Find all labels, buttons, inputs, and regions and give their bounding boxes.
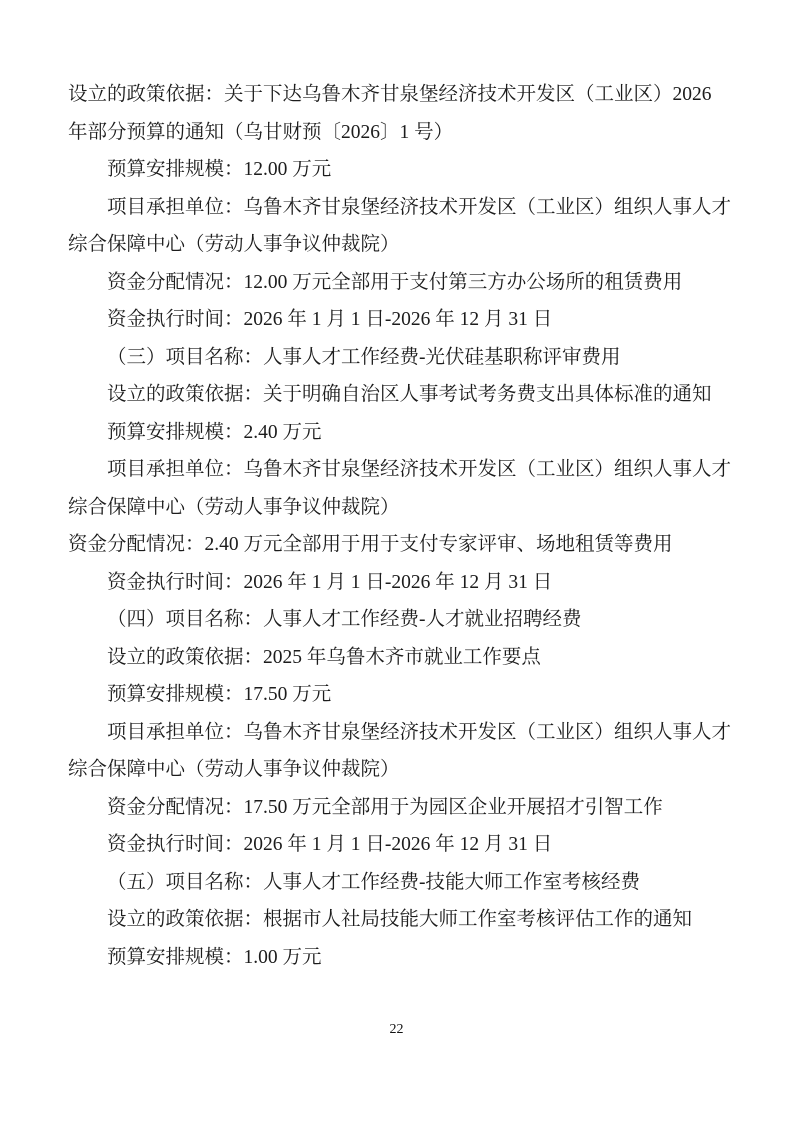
text-line: 预算安排规模：1.00 万元 [68,939,725,977]
page: 设立的政策依据：关于下达乌鲁木齐甘泉堡经济技术开发区（工业区）2026年部分预算… [0,0,793,1122]
text-line: 项目承担单位：乌鲁木齐甘泉堡经济技术开发区（工业区）组织人事人才 [68,714,725,752]
text-line: （五）项目名称：人事人才工作经费-技能大师工作室考核经费 [68,864,725,902]
text-line: 资金分配情况：17.50 万元全部用于为园区企业开展招才引智工作 [68,789,725,827]
text-line: 资金执行时间：2026 年 1 月 1 日-2026 年 12 月 31 日 [68,826,725,864]
text-line: 设立的政策依据：根据市人社局技能大师工作室考核评估工作的通知 [68,901,725,939]
text-line: 资金执行时间：2026 年 1 月 1 日-2026 年 12 月 31 日 [68,564,725,602]
text-line: 设立的政策依据：关于下达乌鲁木齐甘泉堡经济技术开发区（工业区）2026 [68,76,725,114]
text-line: 年部分预算的通知（乌甘财预〔2026〕1 号） [68,114,725,152]
text-line: 项目承担单位：乌鲁木齐甘泉堡经济技术开发区（工业区）组织人事人才 [68,451,725,489]
text-line: 预算安排规模：12.00 万元 [68,151,725,189]
text-line: 设立的政策依据：关于明确自治区人事考试考务费支出具体标准的通知 [68,376,725,414]
page-number: 22 [390,1022,404,1037]
text-line: 资金分配情况：2.40 万元全部用于用于支付专家评审、场地租赁等费用 [68,526,725,564]
page-footer: 22 [0,1020,793,1040]
text-line: 资金执行时间：2026 年 1 月 1 日-2026 年 12 月 31 日 [68,301,725,339]
text-line: 资金分配情况：12.00 万元全部用于支付第三方办公场所的租赁费用 [68,264,725,302]
text-line: 综合保障中心（劳动人事争议仲裁院） [68,751,725,789]
text-line: （三）项目名称：人事人才工作经费-光伏硅基职称评审费用 [68,339,725,377]
text-line: 预算安排规模：2.40 万元 [68,414,725,452]
document-page: { "page": { "number": "22" }, "colors": … [0,0,793,1122]
document-body: 设立的政策依据：关于下达乌鲁木齐甘泉堡经济技术开发区（工业区）2026年部分预算… [68,76,725,976]
text-line: （四）项目名称：人事人才工作经费-人才就业招聘经费 [68,601,725,639]
text-line: 综合保障中心（劳动人事争议仲裁院） [68,226,725,264]
text-line: 综合保障中心（劳动人事争议仲裁院） [68,489,725,527]
text-line: 预算安排规模：17.50 万元 [68,676,725,714]
text-line: 项目承担单位：乌鲁木齐甘泉堡经济技术开发区（工业区）组织人事人才 [68,189,725,227]
text-line: 设立的政策依据：2025 年乌鲁木齐市就业工作要点 [68,639,725,677]
